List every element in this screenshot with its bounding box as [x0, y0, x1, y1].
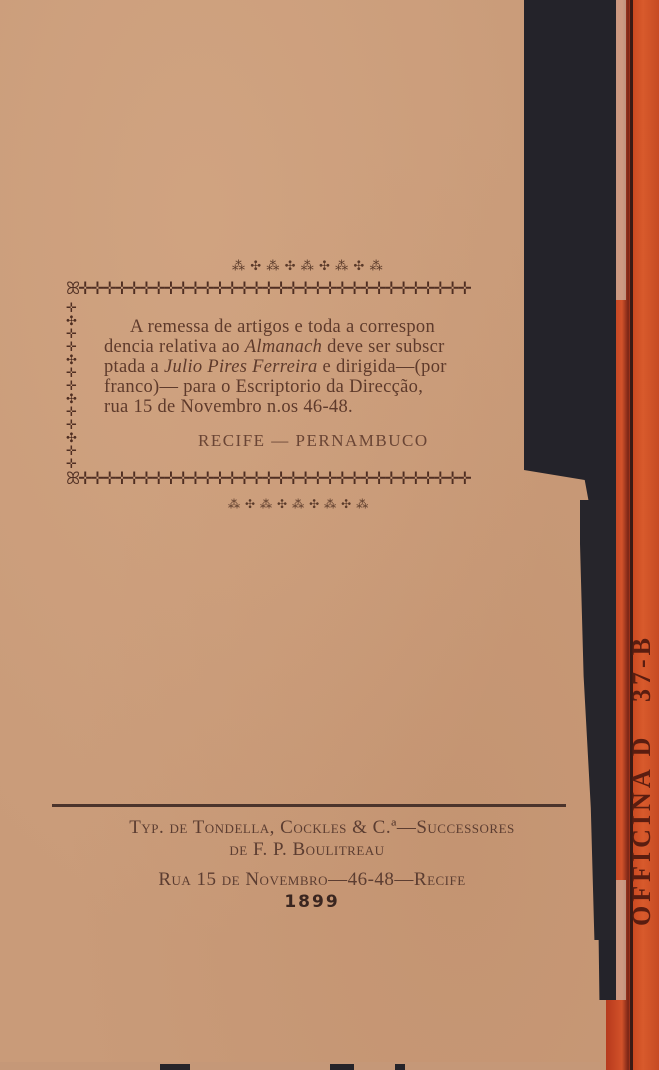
notice-line-4: franco)— para o Escriptorio da Direcção, [104, 377, 544, 397]
spine-title: OFFICINA D 37-B [622, 560, 659, 1000]
spine-number: 37-B [627, 634, 656, 702]
top-ornament: ⁂ ✣ ⁂ ✣ ⁂ ✣ ⁂ ✣ ⁂ [232, 258, 384, 274]
spine-title-text: OFFICINA D [627, 734, 656, 926]
imprint-line-3: Rua 15 de Novembro—46-48—Recife [32, 869, 592, 891]
city-label: RECIFE — PERNAMBUCO [198, 431, 429, 451]
torn-edge-shadow [395, 1064, 405, 1070]
notice-line-5: rua 15 de Novembro n.os 46-48. [104, 397, 544, 417]
page-bottom-edge [0, 1062, 600, 1070]
bottom-ornament: ⁂ ✣ ⁂ ✣ ⁂ ✣ ⁂ ✣ ⁂ [228, 497, 369, 512]
ornamental-border-bottom: ꕤ✛✛✛✛✛✛✛✛✛✛✛✛✛✛✛✛✛✛✛✛✛✛✛✛✛✛✛✛✛✛✛✛ [66, 469, 526, 493]
ornamental-border-top: ꕤ✛✛✛✛✛✛✛✛✛✛✛✛✛✛✛✛✛✛✛✛✛✛✛✛✛✛✛✛✛✛✛✛ [66, 279, 526, 303]
printer-imprint: Typ. de Tondella, Cockles & C.ª—Successo… [52, 817, 592, 913]
notice-line-2: dencia relativa ao Almanach deve ser sub… [104, 337, 544, 357]
notice-line-3: ptada a Julio Pires Ferreira e dirigida—… [104, 357, 544, 377]
torn-edge-shadow [160, 1064, 190, 1070]
torn-edge-shadow [330, 1064, 354, 1070]
imprint-line-2: de F. P. Boulitreau [22, 839, 592, 861]
imprint-line-1: Typ. de Tondella, Cockles & C.ª—Successo… [52, 817, 592, 839]
notice-line-1: A remessa de artigos e toda a correspon [104, 317, 544, 337]
ornamental-border-left: ✛✣✛✛✣✛✛✣✛✛✣✛✛ [66, 302, 94, 470]
book-page: OFFICINA D 37-B ⁂ ✣ ⁂ ✣ ⁂ ✣ ⁂ ✣ ⁂ ꕤ✛✛✛✛✛… [0, 0, 659, 1070]
imprint-rule [52, 804, 566, 807]
imprint-year: 1899 [32, 891, 592, 913]
notice-text: A remessa de artigos e toda a correspon … [104, 317, 544, 417]
